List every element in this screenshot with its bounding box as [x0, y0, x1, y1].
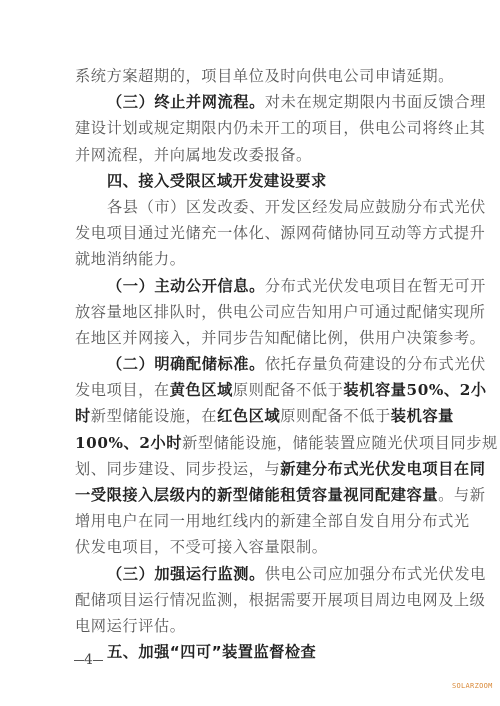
document-page: 系统方案超期的，项目单位及时向供电公司申请延期。（三）终止并网流程。对未在规定期… — [75, 63, 427, 665]
paragraph-line: 电网运行评估。 — [75, 613, 427, 639]
paragraph-line: 100%、2小时新型储能设施，储能装置应随光伏项目同步规 — [75, 430, 427, 456]
body-text: 对未在规定期限内书面反馈合理 — [265, 93, 486, 111]
bold-text: （一）主动公开信息。 — [107, 277, 265, 295]
paragraph-line: 各县（市）区发改委、开发区经发局应鼓励分布式光伏 — [75, 194, 427, 220]
watermark: SOLARZOOM — [452, 682, 493, 690]
page-number: 4 — [74, 652, 103, 668]
body-text: 供电公司应加强分布式光伏发电 — [265, 565, 486, 583]
bold-text: 黄色区域 — [170, 381, 233, 399]
body-text: 建设计划或规定期限内仍未开工的项目，供电公司将终止其 — [75, 119, 485, 137]
paragraph-line: （三）终止并网流程。对未在规定期限内书面反馈合理 — [75, 89, 427, 115]
bold-text: 新建分布式光伏发电项目在同 — [280, 460, 485, 478]
paragraph-line: （三）加强运行监测。供电公司应加强分布式光伏发电 — [75, 561, 427, 587]
page-number-value: 4 — [84, 652, 93, 668]
bold-text: （二）明确配储标准。 — [107, 355, 265, 373]
section-heading: 四、接入受限区域开发建设要求 — [75, 168, 427, 194]
body-text: 分布式光伏发电项目在暂无可开 — [265, 277, 486, 295]
bold-text: （三）终止并网流程。 — [107, 93, 265, 111]
body-text: 各县（市）区发改委、开发区经发局应鼓励分布式光伏 — [107, 198, 486, 216]
paragraph-line: 在地区并网接入，并同步告知配储比例，供用户决策参考。 — [75, 325, 427, 351]
body-text: 。与新 — [438, 486, 485, 504]
body-text: 在地区并网接入，并同步告知配储比例，供用户决策参考。 — [75, 329, 485, 347]
body-text: 系统方案超期的，项目单位及时向供电公司申请延期。 — [75, 67, 454, 85]
paragraph-line: 增用电户在同一用地红线内的新建全部自发自用分布式光 — [75, 508, 427, 534]
paragraph-line: 伏发电项目，不受可接入容量限制。 — [75, 534, 427, 560]
paragraph-line: 发电项目，在黄色区域原则配备不低于装机容量50%、2小 — [75, 377, 427, 403]
bold-text: 装机容量 — [391, 407, 454, 425]
body-text: 电网运行评估。 — [75, 617, 186, 635]
paragraph-line: 并网流程，并向属地发改委报备。 — [75, 142, 427, 168]
bold-text: 100%、2小时 — [75, 434, 182, 452]
bold-text: 一受限接入层级内的新型储能租赁容量视同配建容量 — [75, 486, 438, 504]
bold-text: 红色区域 — [217, 407, 280, 425]
bold-text: （三）加强运行监测。 — [107, 565, 265, 583]
section-heading: 五、加强“四可”装置监督检查 — [75, 639, 427, 665]
paragraph-line: 发电项目通过光储充一体化、源网荷储协同互动等方式提升 — [75, 220, 427, 246]
paragraph-line: 时新型储能设施，在红色区域原则配备不低于装机容量 — [75, 403, 427, 429]
body-text: 四、接入受限区域开发建设要求 — [107, 172, 327, 190]
paragraph-line: 建设计划或规定期限内仍未开工的项目，供电公司将终止其 — [75, 115, 427, 141]
body-text: 划、同步建设、同步投运，与 — [75, 460, 280, 478]
paragraph-line: 配储项目运行情况监测，根据需要开展项目周边电网及上级 — [75, 587, 427, 613]
paragraph-line: 划、同步建设、同步投运，与新建分布式光伏发电项目在同 — [75, 456, 427, 482]
body-text: 伏发电项目，不受可接入容量限制。 — [75, 538, 328, 556]
bold-text: 装机容量50%、2小 — [343, 381, 486, 399]
body-text: 并网流程，并向属地发改委报备。 — [75, 146, 312, 164]
paragraph-line: 就地消纳能力。 — [75, 246, 427, 272]
body-text: 就地消纳能力。 — [75, 250, 186, 268]
paragraph-line: 一受限接入层级内的新型储能租赁容量视同配建容量。与新 — [75, 482, 427, 508]
paragraph-line: （一）主动公开信息。分布式光伏发电项目在暂无可开 — [75, 273, 427, 299]
body-text: 放容量地区排队时，供电公司应告知用户可通过配储实现所 — [75, 303, 485, 321]
body-text: 发电项目通过光储充一体化、源网荷储协同互动等方式提升 — [75, 224, 485, 242]
paragraph-line: （二）明确配储标准。依托存量负荷建设的分布式光伏 — [75, 351, 427, 377]
body-text: 发电项目，在 — [75, 381, 170, 399]
body-text: 配储项目运行情况监测，根据需要开展项目周边电网及上级 — [75, 591, 485, 609]
body-text: 五、加强“四可”装置监督检查 — [107, 643, 316, 661]
page-number-dash-right — [93, 660, 103, 661]
body-text: 原则配备不低于 — [233, 381, 344, 399]
page-number-dash-left — [74, 660, 84, 661]
paragraph-line: 放容量地区排队时，供电公司应告知用户可通过配储实现所 — [75, 299, 427, 325]
body-text: 原则配备不低于 — [280, 407, 391, 425]
body-text: 新型储能设施，储能装置应随光伏项目同步规 — [182, 434, 498, 452]
paragraph-line: 系统方案超期的，项目单位及时向供电公司申请延期。 — [75, 63, 427, 89]
body-text: 依托存量负荷建设的分布式光伏 — [265, 355, 486, 373]
body-text: 增用电户在同一用地红线内的新建全部自发自用分布式光 — [75, 512, 470, 530]
body-text: 新型储能设施，在 — [91, 407, 217, 425]
bold-text: 时 — [75, 407, 91, 425]
